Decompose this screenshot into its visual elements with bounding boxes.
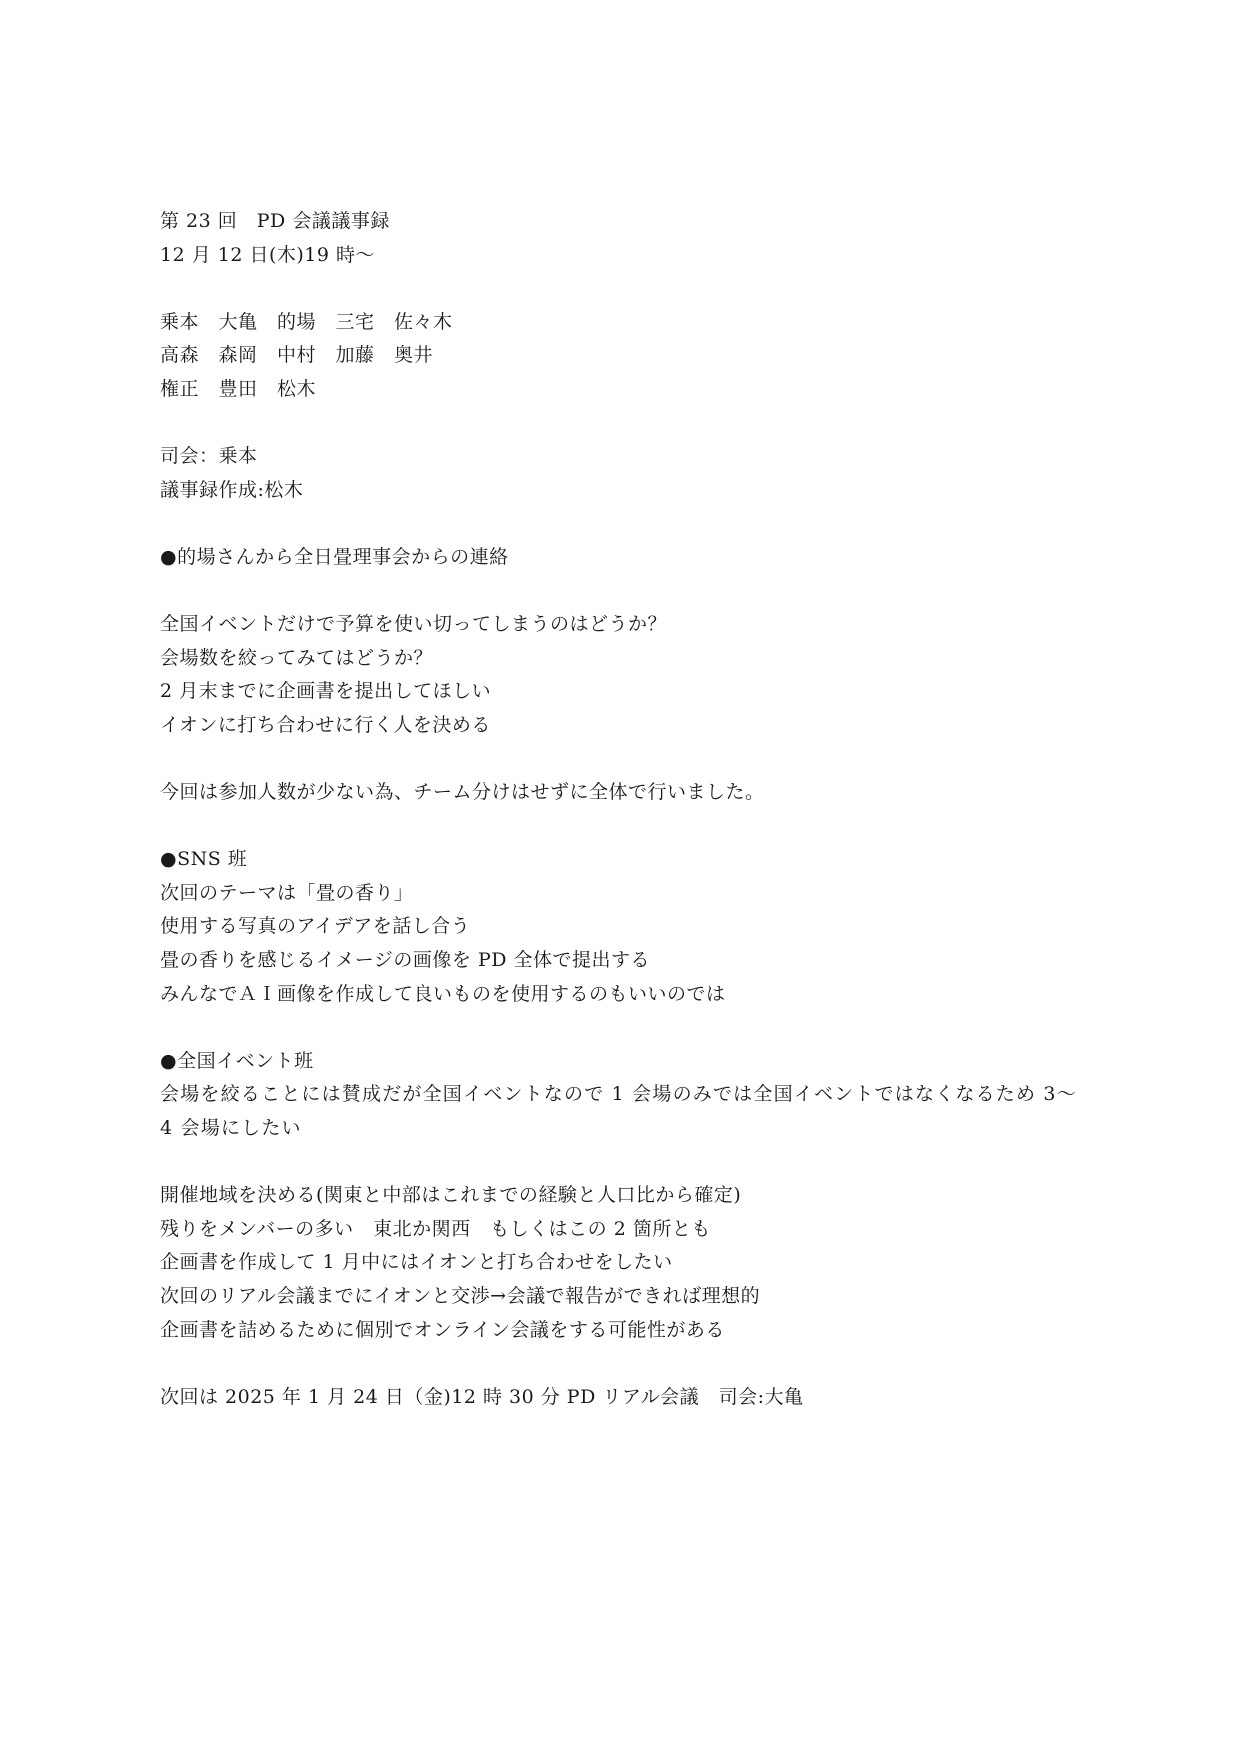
- minutes-taker-line: 議事録作成:松木: [160, 474, 1090, 508]
- next-meeting-line: 次回は 2025 年 1 月 24 日（金)12 時 30 分 PD リアル会議…: [160, 1381, 1090, 1415]
- attendee-row: 高森 森岡 中村 加藤 奥井: [160, 339, 1090, 373]
- spacer: [160, 1347, 1090, 1381]
- section-heading: ●SNS 班: [160, 843, 1090, 877]
- list-item: 畳の香りを感じるイメージの画像を PD 全体で提出する: [160, 944, 1090, 978]
- meeting-datetime: 12 月 12 日(木)19 時〜: [160, 239, 1090, 273]
- list-item: 2 月末までに企画書を提出してほしい: [160, 675, 1090, 709]
- attendee-row: 権正 豊田 松木: [160, 373, 1090, 407]
- list-item: 企画書を作成して 1 月中にはイオンと打ち合わせをしたい: [160, 1246, 1090, 1280]
- list-item: 次回のリアル会議までにイオンと交渉→会議で報告ができれば理想的: [160, 1280, 1090, 1314]
- spacer: [160, 810, 1090, 844]
- list-item: 開催地域を決める(関東と中部はこれまでの経験と人口比から確定): [160, 1179, 1090, 1213]
- spacer: [160, 575, 1090, 609]
- spacer: [160, 507, 1090, 541]
- note-text: 今回は参加人数が少ない為、チーム分けはせずに全体で行いました。: [160, 776, 1090, 810]
- list-item: 企画書を詰めるために個別でオンライン会議をする可能性がある: [160, 1314, 1090, 1348]
- section-heading: ●全国イベント班: [160, 1045, 1090, 1079]
- section-notice: ●的場さんから全日畳理事会からの連絡 全国イベントだけで予算を使い切ってしまうの…: [160, 541, 1090, 743]
- list-item: 全国イベントだけで予算を使い切ってしまうのはどうか？: [160, 608, 1090, 642]
- document-page: 第 23 回 PD 会議議事録 12 月 12 日(木)19 時〜 乗本 大亀 …: [160, 205, 1090, 1414]
- spacer: [160, 743, 1090, 777]
- chair-line: 司会：乗本: [160, 440, 1090, 474]
- section-heading: ●的場さんから全日畳理事会からの連絡: [160, 541, 1090, 575]
- list-item: みんなでＡＩ画像を作成して良いものを使用するのもいいのでは: [160, 978, 1090, 1012]
- list-item: 残りをメンバーの多い 東北か関西 もしくはこの 2 箇所とも: [160, 1213, 1090, 1247]
- spacer: [160, 1011, 1090, 1045]
- list-item: イオンに打ち合わせに行く人を決める: [160, 709, 1090, 743]
- section-event: ●全国イベント班 会場を絞ることには賛成だが全国イベントなので 1 会場のみでは…: [160, 1045, 1090, 1347]
- attendee-row: 乗本 大亀 的場 三宅 佐々木: [160, 306, 1090, 340]
- spacer: [160, 272, 1090, 306]
- list-item: 会場数を絞ってみてはどうか？: [160, 642, 1090, 676]
- section-sns: ●SNS 班 次回のテーマは「畳の香り」 使用する写真のアイデアを話し合う 畳の…: [160, 843, 1090, 1011]
- attendee-list: 乗本 大亀 的場 三宅 佐々木 高森 森岡 中村 加藤 奥井 権正 豊田 松木: [160, 306, 1090, 407]
- spacer: [160, 407, 1090, 441]
- list-item: 使用する写真のアイデアを話し合う: [160, 910, 1090, 944]
- list-item: 次回のテーマは「畳の香り」: [160, 877, 1090, 911]
- paragraph: 会場を絞ることには賛成だが全国イベントなので 1 会場のみでは全国イベントではな…: [160, 1078, 1090, 1145]
- spacer: [160, 1146, 1090, 1180]
- document-title: 第 23 回 PD 会議議事録: [160, 205, 1090, 239]
